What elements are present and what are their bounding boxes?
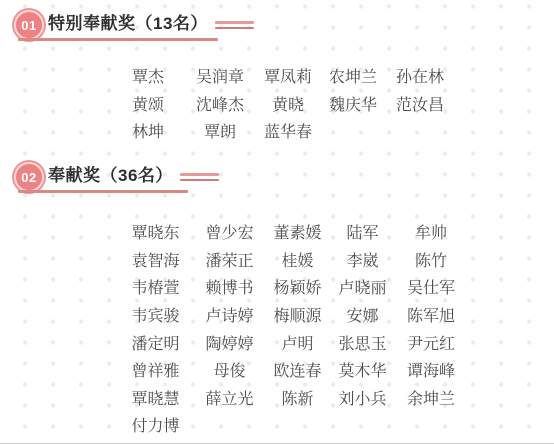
award-recipient-name: 蓝华春 xyxy=(255,119,321,142)
award-recipient-name: 刘小兵 xyxy=(329,386,396,409)
section-header: 02 奉献奖（36名） xyxy=(0,160,554,202)
award-recipient-name: 董素媛 xyxy=(266,220,329,243)
section-header: 01 特别奉献奖（13名） xyxy=(0,8,554,50)
award-name-row: 付力博 xyxy=(118,411,466,439)
award-name-row: 潘定明陶婷婷卢明张思玉尹元红 xyxy=(118,328,466,356)
section-title: 特别奉献奖（13名） xyxy=(48,13,208,34)
award-recipient-name: 安娜 xyxy=(329,303,396,326)
award-recipient-name: 卢晓丽 xyxy=(329,275,396,298)
award-recipient-name: 牟帅 xyxy=(396,220,466,243)
award-name-row: 袁智海潘荣正桂媛李崴陈竹 xyxy=(118,246,466,274)
recipient-names-grid: 覃晓东曾少宏董素媛陆军牟帅袁智海潘荣正桂媛李崴陈竹韦椿萱赖博书杨颖娇卢晓丽吴仕军… xyxy=(118,218,466,439)
section-title-row: 特别奉献奖（13名） xyxy=(48,13,254,34)
award-recipient-name: 欧连春 xyxy=(266,358,329,381)
award-recipient-name: 黄颂 xyxy=(111,92,185,115)
award-recipient-name: 李崴 xyxy=(329,248,396,271)
section-number: 02 xyxy=(14,162,44,192)
award-recipient-name: 陆军 xyxy=(329,220,396,243)
award-recipient-name: 覃杰 xyxy=(111,64,185,87)
section-title-row: 奉献奖（36名） xyxy=(48,165,219,186)
award-recipient-name: 潘荣正 xyxy=(193,248,266,271)
award-recipient-name: 杨颖娇 xyxy=(266,275,329,298)
award-name-row: 林坤覃朗蓝华春 xyxy=(111,117,455,145)
section-number-badge: 01 xyxy=(12,8,46,42)
award-recipient-name: 吴润章 xyxy=(185,64,255,87)
award-recipient-name: 范汝昌 xyxy=(385,92,455,115)
award-recipient-name: 覃晓慧 xyxy=(118,386,193,409)
section-title: 奉献奖（36名） xyxy=(48,165,173,186)
title-underline xyxy=(18,190,188,193)
title-underline xyxy=(18,38,218,41)
award-recipient-name: 陶婷婷 xyxy=(193,331,266,354)
award-recipient-name: 魏庆华 xyxy=(321,92,385,115)
award-name-row: 韦宾骏卢诗婷梅顺源安娜陈军旭 xyxy=(118,301,466,329)
award-recipient-name: 曾祥雅 xyxy=(118,358,193,381)
award-recipient-name: 薛立光 xyxy=(193,386,266,409)
recipient-names-grid: 覃杰吴润章覃凤莉农坤兰孙在林黄颂沈峰杰黄晓魏庆华范汝昌林坤覃朗蓝华春 xyxy=(111,62,455,145)
award-recipient-name: 韦椿萱 xyxy=(118,275,193,298)
award-name-row: 黄颂沈峰杰黄晓魏庆华范汝昌 xyxy=(111,90,455,118)
double-line-icon xyxy=(180,173,219,181)
section-number: 01 xyxy=(14,10,44,40)
award-name-row: 曾祥雅母俊欧连春莫木华谭海峰 xyxy=(118,356,466,384)
award-recipient-name: 韦宾骏 xyxy=(118,303,193,326)
award-recipient-name: 陈新 xyxy=(266,386,329,409)
award-recipient-name: 覃晓东 xyxy=(118,220,193,243)
award-recipient-name: 袁智海 xyxy=(118,248,193,271)
award-recipient-name: 农坤兰 xyxy=(321,64,385,87)
award-recipient-name: 卢诗婷 xyxy=(193,303,266,326)
award-name-row: 覃晓慧薛立光陈新刘小兵余坤兰 xyxy=(118,384,466,412)
award-recipient-name: 张思玉 xyxy=(329,331,396,354)
award-recipient-name: 孙在林 xyxy=(385,64,455,87)
award-recipient-name: 吴仕军 xyxy=(396,275,466,298)
award-recipient-name: 莫木华 xyxy=(329,358,396,381)
award-recipient-name: 母俊 xyxy=(193,358,266,381)
award-name-row: 韦椿萱赖博书杨颖娇卢晓丽吴仕军 xyxy=(118,273,466,301)
award-list-page: 01 特别奉献奖（13名） 覃杰吴润章覃凤莉农坤兰孙在林黄颂沈峰杰黄晓魏庆华范汝… xyxy=(0,0,554,444)
award-recipient-name: 覃凤莉 xyxy=(255,64,321,87)
award-recipient-name: 陈军旭 xyxy=(396,303,466,326)
award-recipient-name: 黄晓 xyxy=(255,92,321,115)
award-recipient-name: 卢明 xyxy=(266,331,329,354)
award-recipient-name: 桂媛 xyxy=(266,248,329,271)
award-recipient-name: 梅顺源 xyxy=(266,303,329,326)
award-recipient-name: 覃朗 xyxy=(185,119,255,142)
award-recipient-name: 谭海峰 xyxy=(396,358,466,381)
award-recipient-name: 赖博书 xyxy=(193,275,266,298)
award-recipient-name: 曾少宏 xyxy=(193,220,266,243)
section-number-badge: 02 xyxy=(12,160,46,194)
award-recipient-name: 潘定明 xyxy=(118,331,193,354)
double-line-icon xyxy=(215,21,254,29)
award-recipient-name: 付力博 xyxy=(118,413,193,436)
award-recipient-name: 沈峰杰 xyxy=(185,92,255,115)
award-name-row: 覃杰吴润章覃凤莉农坤兰孙在林 xyxy=(111,62,455,90)
section-special-dedication-award: 01 特别奉献奖（13名） 覃杰吴润章覃凤莉农坤兰孙在林黄颂沈峰杰黄晓魏庆华范汝… xyxy=(0,8,554,50)
award-recipient-name: 尹元红 xyxy=(396,331,466,354)
section-dedication-award: 02 奉献奖（36名） 覃晓东曾少宏董素媛陆军牟帅袁智海潘荣正桂媛李崴陈竹韦椿萱… xyxy=(0,160,554,202)
award-recipient-name: 陈竹 xyxy=(396,248,466,271)
award-recipient-name: 林坤 xyxy=(111,119,185,142)
award-name-row: 覃晓东曾少宏董素媛陆军牟帅 xyxy=(118,218,466,246)
award-recipient-name: 余坤兰 xyxy=(396,386,466,409)
